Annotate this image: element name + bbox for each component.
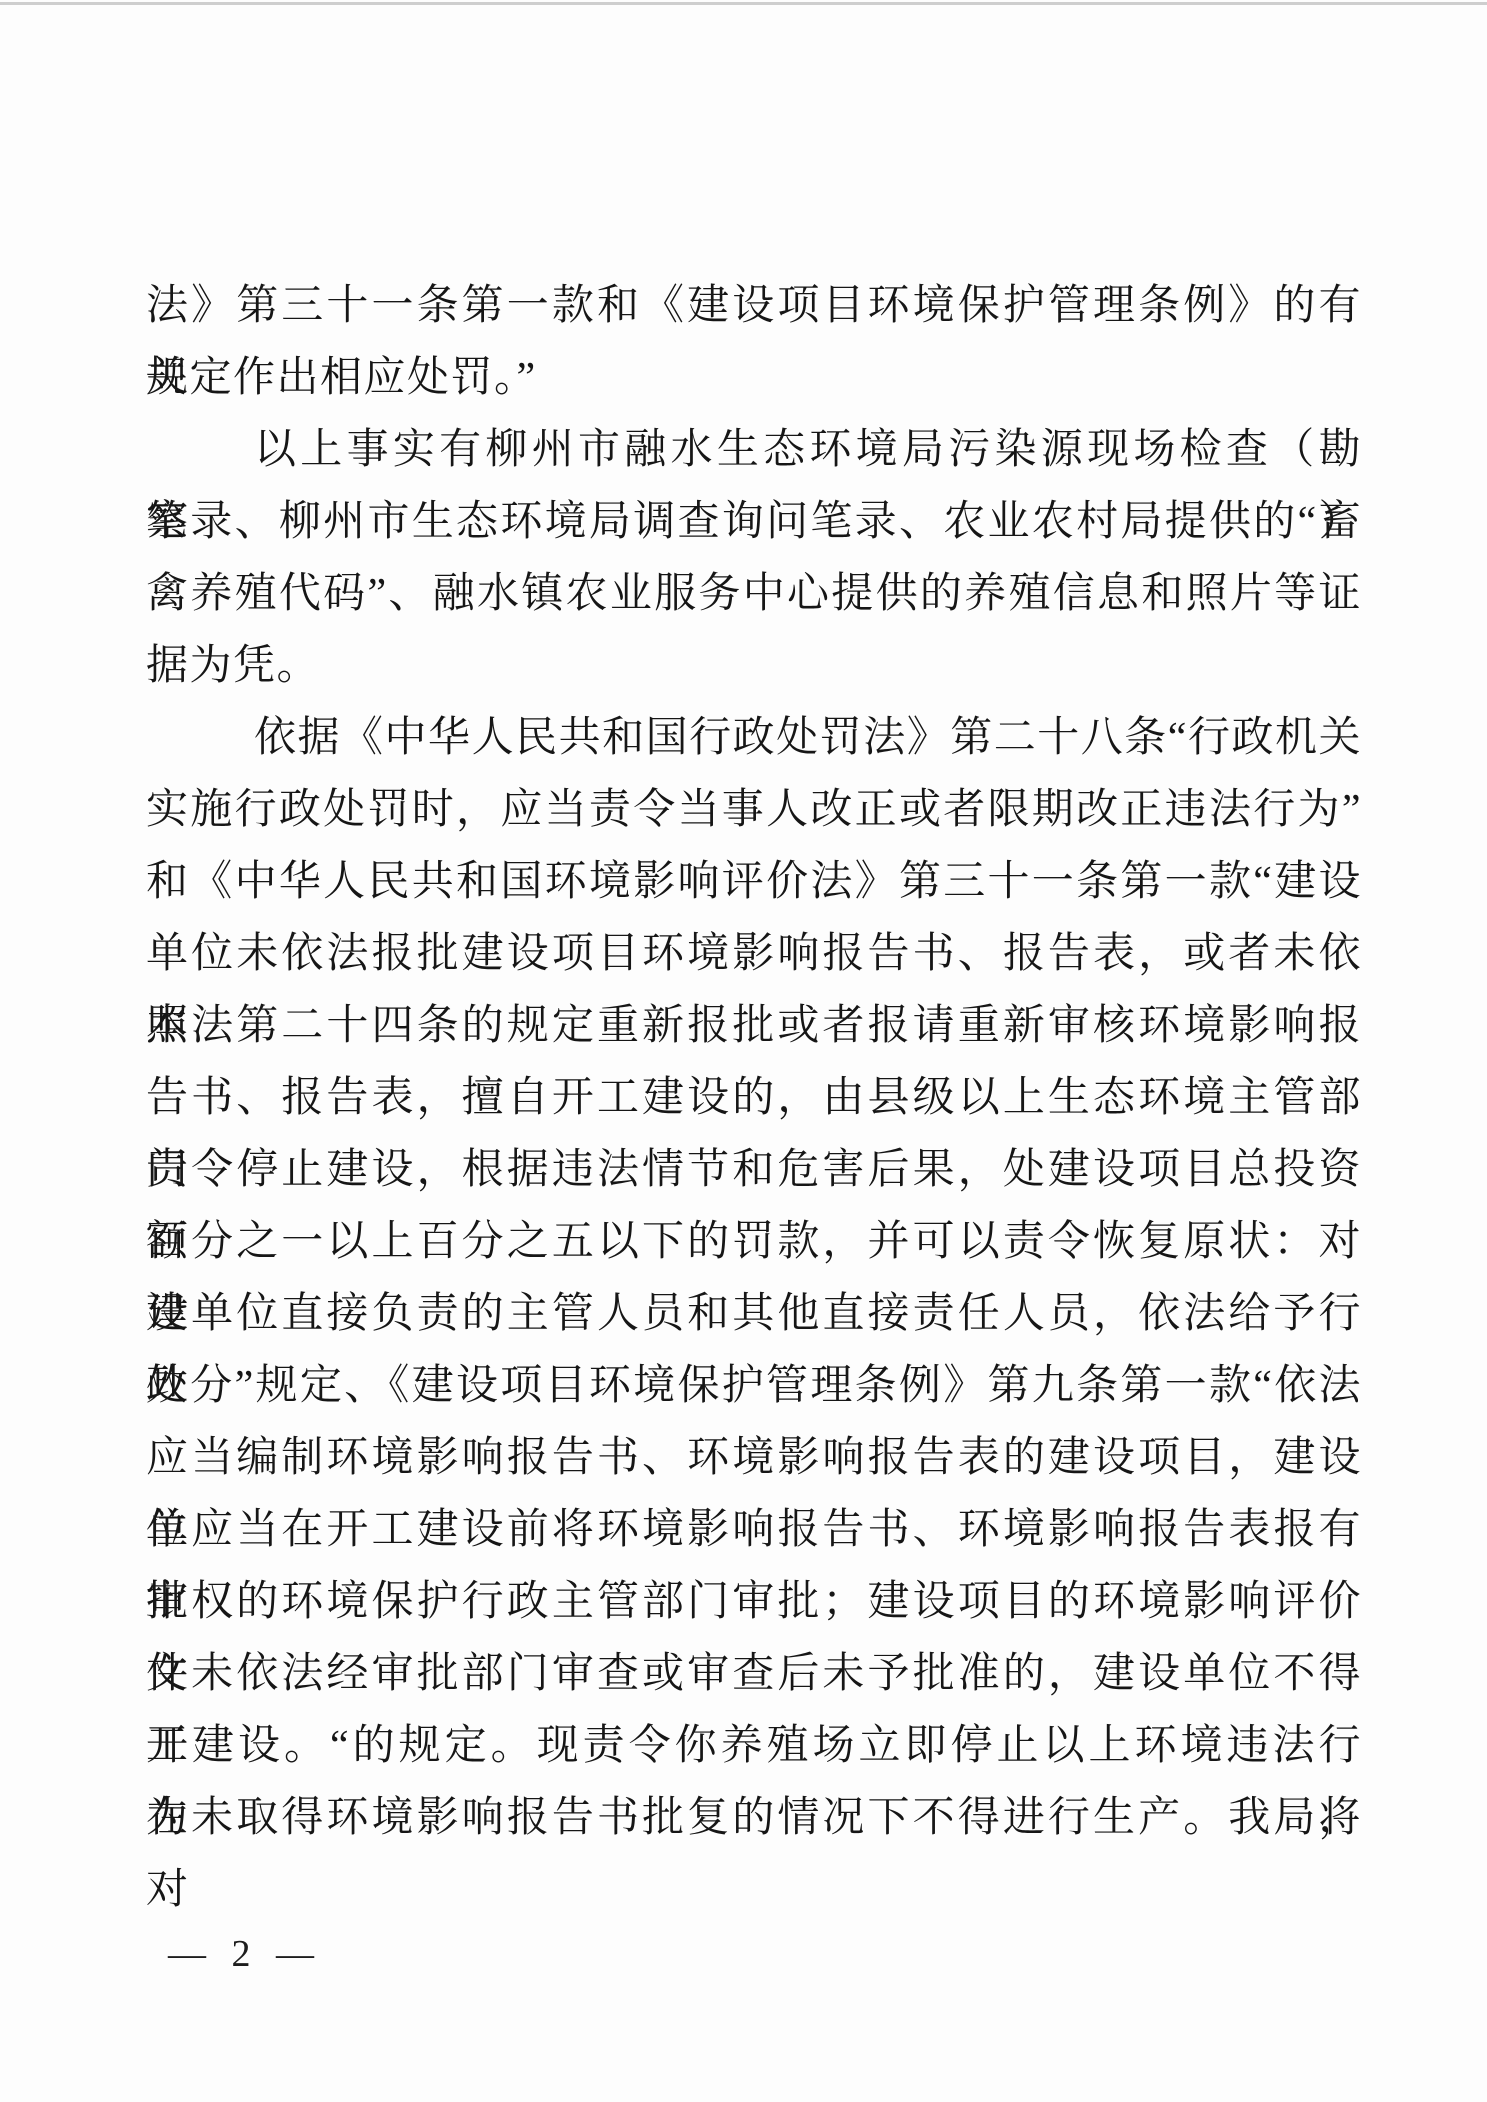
text-line: 依据《中华人民共和国行政处罚法》第二十八条“行政机关 xyxy=(146,702,1362,774)
text-line: 处分”规定、《建设项目环境保护管理条例》第九条第一款“依法 xyxy=(146,1350,1362,1422)
text-line: 百分之一以上百分之五以下的罚款，并可以责令恢复原状：对建 xyxy=(146,1206,1362,1278)
document-body-text: 法》第三十一条第一款和《建设项目环境保护管理条例》的有关规定作出相应处罚。”以上… xyxy=(146,270,1362,1854)
text-line: 批权的环境保护行政主管部门审批；建设项目的环境影响评价文 xyxy=(146,1566,1362,1638)
document-page: 法》第三十一条第一款和《建设项目环境保护管理条例》的有关规定作出相应处罚。”以上… xyxy=(0,0,1487,2102)
text-line: 在未取得环境影响报告书批复的情况下不得进行生产。我局将对 xyxy=(146,1782,1362,1854)
text-line: 实施行政处罚时，应当责令当事人改正或者限期改正违法行为” xyxy=(146,774,1362,846)
text-line: 规定作出相应处罚。” xyxy=(146,342,1362,414)
text-line: 责令停止建设，根据违法情节和危害后果，处建设项目总投资额 xyxy=(146,1134,1362,1206)
text-line: 工建设。“的规定。现责令你养殖场立即停止以上环境违法行为， xyxy=(146,1710,1362,1782)
text-line: 法》第三十一条第一款和《建设项目环境保护管理条例》的有关 xyxy=(146,270,1362,342)
text-line: 件未依法经审批部门审查或审查后未予批准的，建设单位不得开 xyxy=(146,1638,1362,1710)
scan-edge-artifact xyxy=(0,2,1487,5)
text-line: 设单位直接负责的主管人员和其他直接责任人员，依法给予行政 xyxy=(146,1278,1362,1350)
text-line: 应当编制环境影响报告书、环境影响报告表的建设项目，建设单 xyxy=(146,1422,1362,1494)
text-line: 告书、报告表，擅自开工建设的，由县级以上生态环境主管部门 xyxy=(146,1062,1362,1134)
text-line: 和《中华人民共和国环境影响评价法》第三十一条第一款“建设 xyxy=(146,846,1362,918)
text-line: 位应当在开工建设前将环境影响报告书、环境影响报告表报有审 xyxy=(146,1494,1362,1566)
page-number: — 2 — xyxy=(168,1932,322,1976)
text-line: 据为凭。 xyxy=(146,630,1362,702)
text-line: 以上事实有柳州市融水生态环境局污染源现场检查（勘察） xyxy=(146,414,1362,486)
text-line: 笔录、柳州市生态环境局调查询问笔录、农业农村局提供的“畜 xyxy=(146,486,1362,558)
text-line: 禽养殖代码”、融水镇农业服务中心提供的养殖信息和照片等证 xyxy=(146,558,1362,630)
text-line: 单位未依法报批建设项目环境影响报告书、报告表，或者未依照 xyxy=(146,918,1362,990)
text-line: 本法第二十四条的规定重新报批或者报请重新审核环境影响报 xyxy=(146,990,1362,1062)
